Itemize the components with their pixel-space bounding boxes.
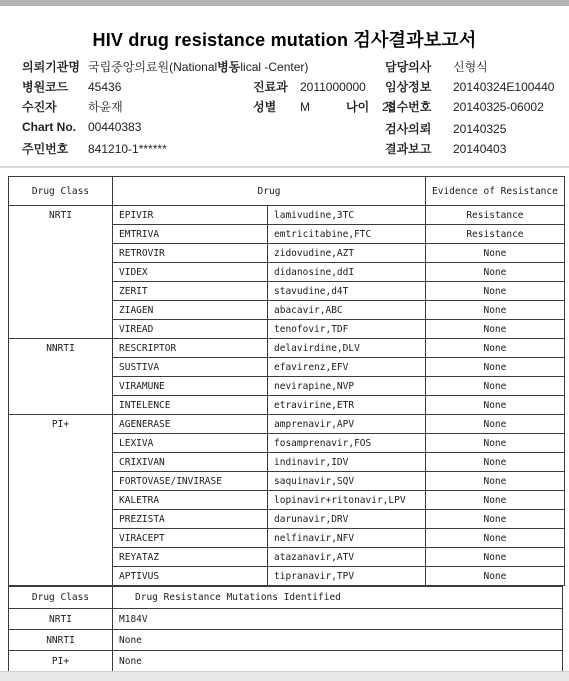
top-window-edge-bar (0, 0, 569, 6)
info-row-request-date: 검사의뢰20140325 (385, 120, 506, 137)
drug-brand-cell: LEXIVA (113, 434, 268, 453)
drug-brand-cell: CRIXIVAN (113, 453, 268, 472)
report-date-value: 20140403 (453, 142, 506, 156)
section-divider (0, 166, 569, 168)
evidence-cell: None (426, 472, 565, 491)
info-row-doctor: 담당의사신형식 (385, 58, 488, 75)
resistance-table: Drug Class Drug Evidence of Resistance N… (8, 176, 565, 586)
drug-generic-cell: abacavir,ABC (268, 301, 426, 320)
mutation-value-cell: M184V (113, 609, 563, 630)
info-row-sex-age: 성별M나이29 (253, 98, 395, 115)
evidence-cell: None (426, 567, 565, 586)
drug-brand-cell: FORTOVASE/INVIRASE (113, 472, 268, 491)
sex-label: 성별 (253, 98, 300, 115)
mutation-row: PI+None (9, 651, 563, 672)
header-evidence: Evidence of Resistance (426, 177, 565, 206)
drug-generic-cell: lopinavir+ritonavir,LPV (268, 491, 426, 510)
institution-label: 의뢰기관명 (22, 58, 88, 75)
info-row-chart-no: Chart No.00440383 (22, 120, 141, 134)
drug-class-cell: NRTI (9, 206, 113, 339)
drug-brand-cell: VIRAMUNE (113, 377, 268, 396)
drug-brand-cell: SUSTIVA (113, 358, 268, 377)
mutation-drug-class-cell: NRTI (9, 609, 113, 630)
sex-value: M (300, 100, 324, 114)
evidence-cell: None (426, 529, 565, 548)
header-drug: Drug (113, 177, 426, 206)
resistance-table-body: NRTIEPIVIRlamivudine,3TCResistanceEMTRIV… (9, 206, 565, 586)
evidence-cell: None (426, 244, 565, 263)
evidence-cell: None (426, 320, 565, 339)
doctor-label: 담당의사 (385, 58, 453, 75)
evidence-cell: None (426, 434, 565, 453)
report-page: HIV drug resistance mutation 검사결과보고서 의뢰기… (0, 0, 569, 681)
age-label: 나이 (346, 98, 382, 115)
resident-id-value: 841210-1****** (88, 142, 167, 156)
drug-brand-cell: VIDEX (113, 263, 268, 282)
drug-generic-cell: didanosine,ddI (268, 263, 426, 282)
evidence-cell: None (426, 339, 565, 358)
info-row-institution: 의뢰기관명국립중앙의료원(National병동lical -Center) (22, 58, 308, 75)
mutation-value-cell: None (113, 630, 563, 651)
drug-generic-cell: atazanavir,ATV (268, 548, 426, 567)
drug-generic-cell: emtricitabine,FTC (268, 225, 426, 244)
drug-generic-cell: lamivudine,3TC (268, 206, 426, 225)
drug-row: NNRTIRESCRIPTORdelavirdine,DLVNone (9, 339, 565, 358)
drug-brand-cell: EPIVIR (113, 206, 268, 225)
drug-generic-cell: tenofovir,TDF (268, 320, 426, 339)
report-date-label: 결과보고 (385, 140, 453, 157)
drug-generic-cell: fosamprenavir,FOS (268, 434, 426, 453)
evidence-cell: None (426, 377, 565, 396)
drug-row: PI+AGENERASEamprenavir,APVNone (9, 415, 565, 434)
mutation-row: NRTIM184V (9, 609, 563, 630)
mutations-header-drug-class: Drug Class (9, 587, 113, 609)
drug-brand-cell: EMTRIVA (113, 225, 268, 244)
clinical-info-label: 임상정보 (385, 78, 453, 95)
drug-brand-cell: APTIVUS (113, 567, 268, 586)
info-row-patient-name: 수진자하윤재 (22, 98, 123, 115)
drug-generic-cell: tipranavir,TPV (268, 567, 426, 586)
mutation-drug-class-cell: NNRTI (9, 630, 113, 651)
evidence-cell: None (426, 415, 565, 434)
drug-brand-cell: ZIAGEN (113, 301, 268, 320)
mutations-header-identified: Drug Resistance Mutations Identified (113, 587, 563, 609)
info-row-resident-id: 주민번호841210-1****** (22, 140, 167, 157)
evidence-cell: None (426, 301, 565, 320)
drug-brand-cell: VIREAD (113, 320, 268, 339)
evidence-cell: None (426, 263, 565, 282)
drug-generic-cell: delavirdine,DLV (268, 339, 426, 358)
clinical-info-value: 20140324E100440 (453, 80, 554, 94)
accession-no-value: 20140325-06002 (453, 100, 544, 114)
drug-row: NRTIEPIVIRlamivudine,3TCResistance (9, 206, 565, 225)
drug-generic-cell: amprenavir,APV (268, 415, 426, 434)
evidence-cell: None (426, 510, 565, 529)
evidence-cell: None (426, 282, 565, 301)
bottom-page-edge-bar (0, 671, 569, 681)
drug-generic-cell: indinavir,IDV (268, 453, 426, 472)
evidence-cell: None (426, 548, 565, 567)
institution-value-pre: 국립중앙의료원(National (88, 60, 217, 74)
drug-brand-cell: RESCRIPTOR (113, 339, 268, 358)
request-date-label: 검사의뢰 (385, 120, 453, 137)
drug-generic-cell: zidovudine,AZT (268, 244, 426, 263)
mutation-value-cell: None (113, 651, 563, 672)
drug-generic-cell: darunavir,DRV (268, 510, 426, 529)
resistance-table-header-row: Drug Class Drug Evidence of Resistance (9, 177, 565, 206)
drug-generic-cell: efavirenz,EFV (268, 358, 426, 377)
resident-id-label: 주민번호 (22, 140, 88, 157)
drug-generic-cell: stavudine,d4T (268, 282, 426, 301)
department-value: 2011000000 (300, 80, 366, 94)
patient-info-section: 의뢰기관명국립중앙의료원(National병동lical -Center) 병원… (0, 56, 569, 160)
drug-brand-cell: AGENERASE (113, 415, 268, 434)
drug-brand-cell: REYATAZ (113, 548, 268, 567)
drug-class-cell: PI+ (9, 415, 113, 586)
request-date-value: 20140325 (453, 122, 506, 136)
evidence-cell: None (426, 491, 565, 510)
info-row-report-date: 결과보고20140403 (385, 140, 506, 157)
doctor-value: 신형식 (453, 60, 488, 74)
info-row-accession-no: 접수번호20140325-06002 (385, 98, 544, 115)
department-label: 진료과 (253, 78, 300, 95)
drug-generic-cell: nelfinavir,NFV (268, 529, 426, 548)
hospital-code-value: 45436 (88, 80, 121, 94)
info-row-clinical-info: 임상정보20140324E100440 (385, 78, 554, 95)
drug-class-cell: NNRTI (9, 339, 113, 415)
patient-name-value: 하윤재 (88, 100, 123, 114)
drug-generic-cell: nevirapine,NVP (268, 377, 426, 396)
mutations-table-header-row: Drug Class Drug Resistance Mutations Ide… (9, 587, 563, 609)
chart-no-value: 00440383 (88, 120, 141, 134)
mutation-drug-class-cell: PI+ (9, 651, 113, 672)
mutations-table: Drug Class Drug Resistance Mutations Ide… (8, 586, 563, 672)
institution-value-post: lical -Center) (240, 60, 308, 74)
drug-brand-cell: RETROVIR (113, 244, 268, 263)
hospital-code-label: 병원코드 (22, 78, 88, 95)
mutations-table-body: NRTIM184VNNRTINonePI+None (9, 609, 563, 672)
drug-brand-cell: VIRACEPT (113, 529, 268, 548)
drug-brand-cell: INTELENCE (113, 396, 268, 415)
info-row-hospital-code: 병원코드45436 (22, 78, 121, 95)
mutation-row: NNRTINone (9, 630, 563, 651)
evidence-cell: None (426, 396, 565, 415)
evidence-cell: Resistance (426, 206, 565, 225)
header-drug-class: Drug Class (9, 177, 113, 206)
page-title: HIV drug resistance mutation 검사결과보고서 (0, 26, 569, 52)
drug-brand-cell: ZERIT (113, 282, 268, 301)
evidence-cell: None (426, 358, 565, 377)
drug-brand-cell: KALETRA (113, 491, 268, 510)
patient-name-label: 수진자 (22, 98, 88, 115)
evidence-cell: Resistance (426, 225, 565, 244)
info-row-department: 진료과2011000000 (253, 78, 366, 95)
drug-generic-cell: saquinavir,SQV (268, 472, 426, 491)
drug-brand-cell: PREZISTA (113, 510, 268, 529)
evidence-cell: None (426, 453, 565, 472)
chart-no-label: Chart No. (22, 120, 88, 134)
ward-overlap-label: 병동 (217, 58, 240, 75)
accession-no-label: 접수번호 (385, 98, 453, 115)
drug-generic-cell: etravirine,ETR (268, 396, 426, 415)
